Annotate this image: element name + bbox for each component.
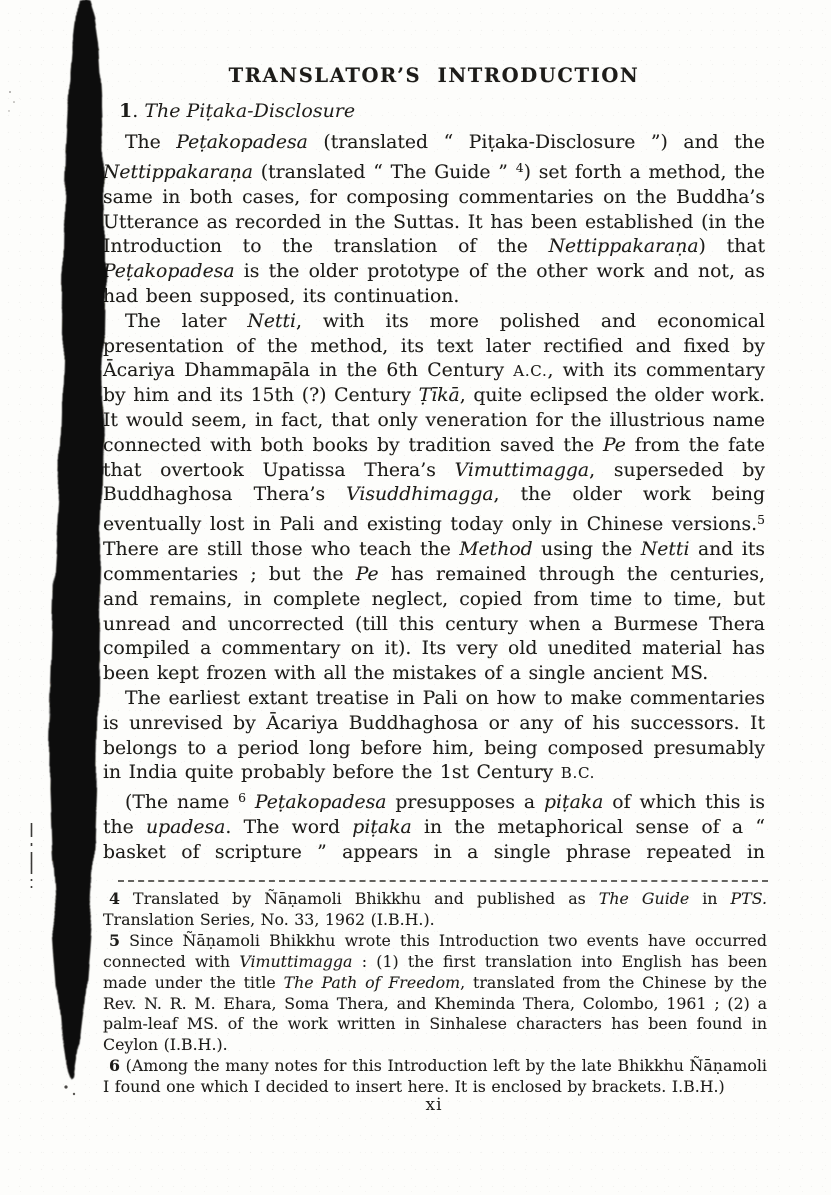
text-segment: ) that <box>699 236 765 257</box>
speck-artifact <box>73 1093 75 1095</box>
text-segment: presupposes a <box>386 792 544 813</box>
text-segment: Pe <box>603 435 626 456</box>
text-segment: (The name <box>125 792 238 813</box>
body-text: The Peṭakopadesa (translated “ Piṭaka-Di… <box>103 131 765 866</box>
speck-artifact <box>13 101 15 103</box>
binding-shadow-shape <box>48 0 105 1078</box>
text-segment: in <box>689 889 730 908</box>
text-segment: Ṭīkā <box>419 385 460 406</box>
speck-artifact <box>64 1085 67 1088</box>
text-segment: Translation Series, No. 33, 1962 (I.B.H.… <box>103 910 435 929</box>
text-segment: piṭaka <box>544 792 603 813</box>
paragraph: The Peṭakopadesa (translated “ Piṭaka-Di… <box>103 131 765 310</box>
speck-artifact <box>8 110 9 111</box>
scanned-book-page: TRANSLATOR’S INTRODUCTION 1. The Piṭaka-… <box>0 0 831 1195</box>
text-segment: Visuddhimagga <box>346 484 493 505</box>
text-segment: 4 <box>516 160 524 175</box>
footnote: 6 (Among the many notes for this Introdu… <box>103 1056 767 1098</box>
text-segment: There are still those who teach the <box>103 539 459 560</box>
footnote: 4 Translated by Ñāṇamoli Bhikkhu and pub… <box>103 889 767 931</box>
text-segment: The Path of Freedom <box>284 973 461 992</box>
text-segment: 6 <box>238 790 246 805</box>
paragraph: The later Netti, with its more polished … <box>103 310 765 687</box>
text-segment: Vimuttimagga <box>455 460 590 481</box>
binding-shadow-artifact <box>0 0 140 1195</box>
text-segment: (translated “ The Guide ” <box>253 162 516 183</box>
footnote-separator-rule <box>118 880 768 882</box>
text-segment: 5 <box>757 512 765 527</box>
text-segment: Peṭakopadesa <box>176 132 308 153</box>
text-segment: Netti <box>247 311 296 332</box>
speck-artifact <box>9 91 11 93</box>
text-segment: using the <box>533 539 641 560</box>
text-segment: PTS. <box>731 889 767 908</box>
text-segment: Pe <box>356 564 379 585</box>
text-segment: (translated “ Piṭaka-Disclosure ”) and t… <box>308 132 765 153</box>
text-segment: A.C. <box>513 362 547 380</box>
text-segment: The Guide <box>599 889 689 908</box>
page-number: xi <box>103 1095 765 1115</box>
text-segment: Method <box>459 539 532 560</box>
text-segment: . The word <box>225 817 352 838</box>
text-segment: B.C. <box>561 764 595 782</box>
text-segment: (Among the many notes for this Introduct… <box>103 1056 767 1096</box>
text-segment: Translated by Ñāṇamoli Bhikkhu and publi… <box>120 889 599 908</box>
text-segment: piṭaka <box>352 817 411 838</box>
text-segment: The later <box>125 311 247 332</box>
text-segment: Netti <box>641 539 690 560</box>
footnotes: 4 Translated by Ñāṇamoli Bhikkhu and pub… <box>103 889 767 1098</box>
paragraph: The earliest extant treatise in Pali on … <box>103 687 765 786</box>
text-segment: Peṭakopadesa <box>255 792 387 813</box>
text-segment: The Piṭaka-Disclosure <box>144 100 355 122</box>
section-heading: 1. The Piṭaka-Disclosure <box>119 100 355 122</box>
footnote: 5 Since Ñāṇamoli Bhikkhu wrote this Intr… <box>103 931 767 1056</box>
text-segment: The earliest extant treatise in Pali on … <box>103 688 765 783</box>
text-segment <box>246 792 255 813</box>
text-segment: Nettippakaraṇa <box>549 236 699 257</box>
paragraph: (The name 6 Peṭakopadesa presupposes a p… <box>103 786 765 866</box>
text-segment: upadesa <box>146 817 225 838</box>
page-title: TRANSLATOR’S INTRODUCTION <box>103 64 765 87</box>
text-segment: Vimuttimagga <box>239 952 352 971</box>
